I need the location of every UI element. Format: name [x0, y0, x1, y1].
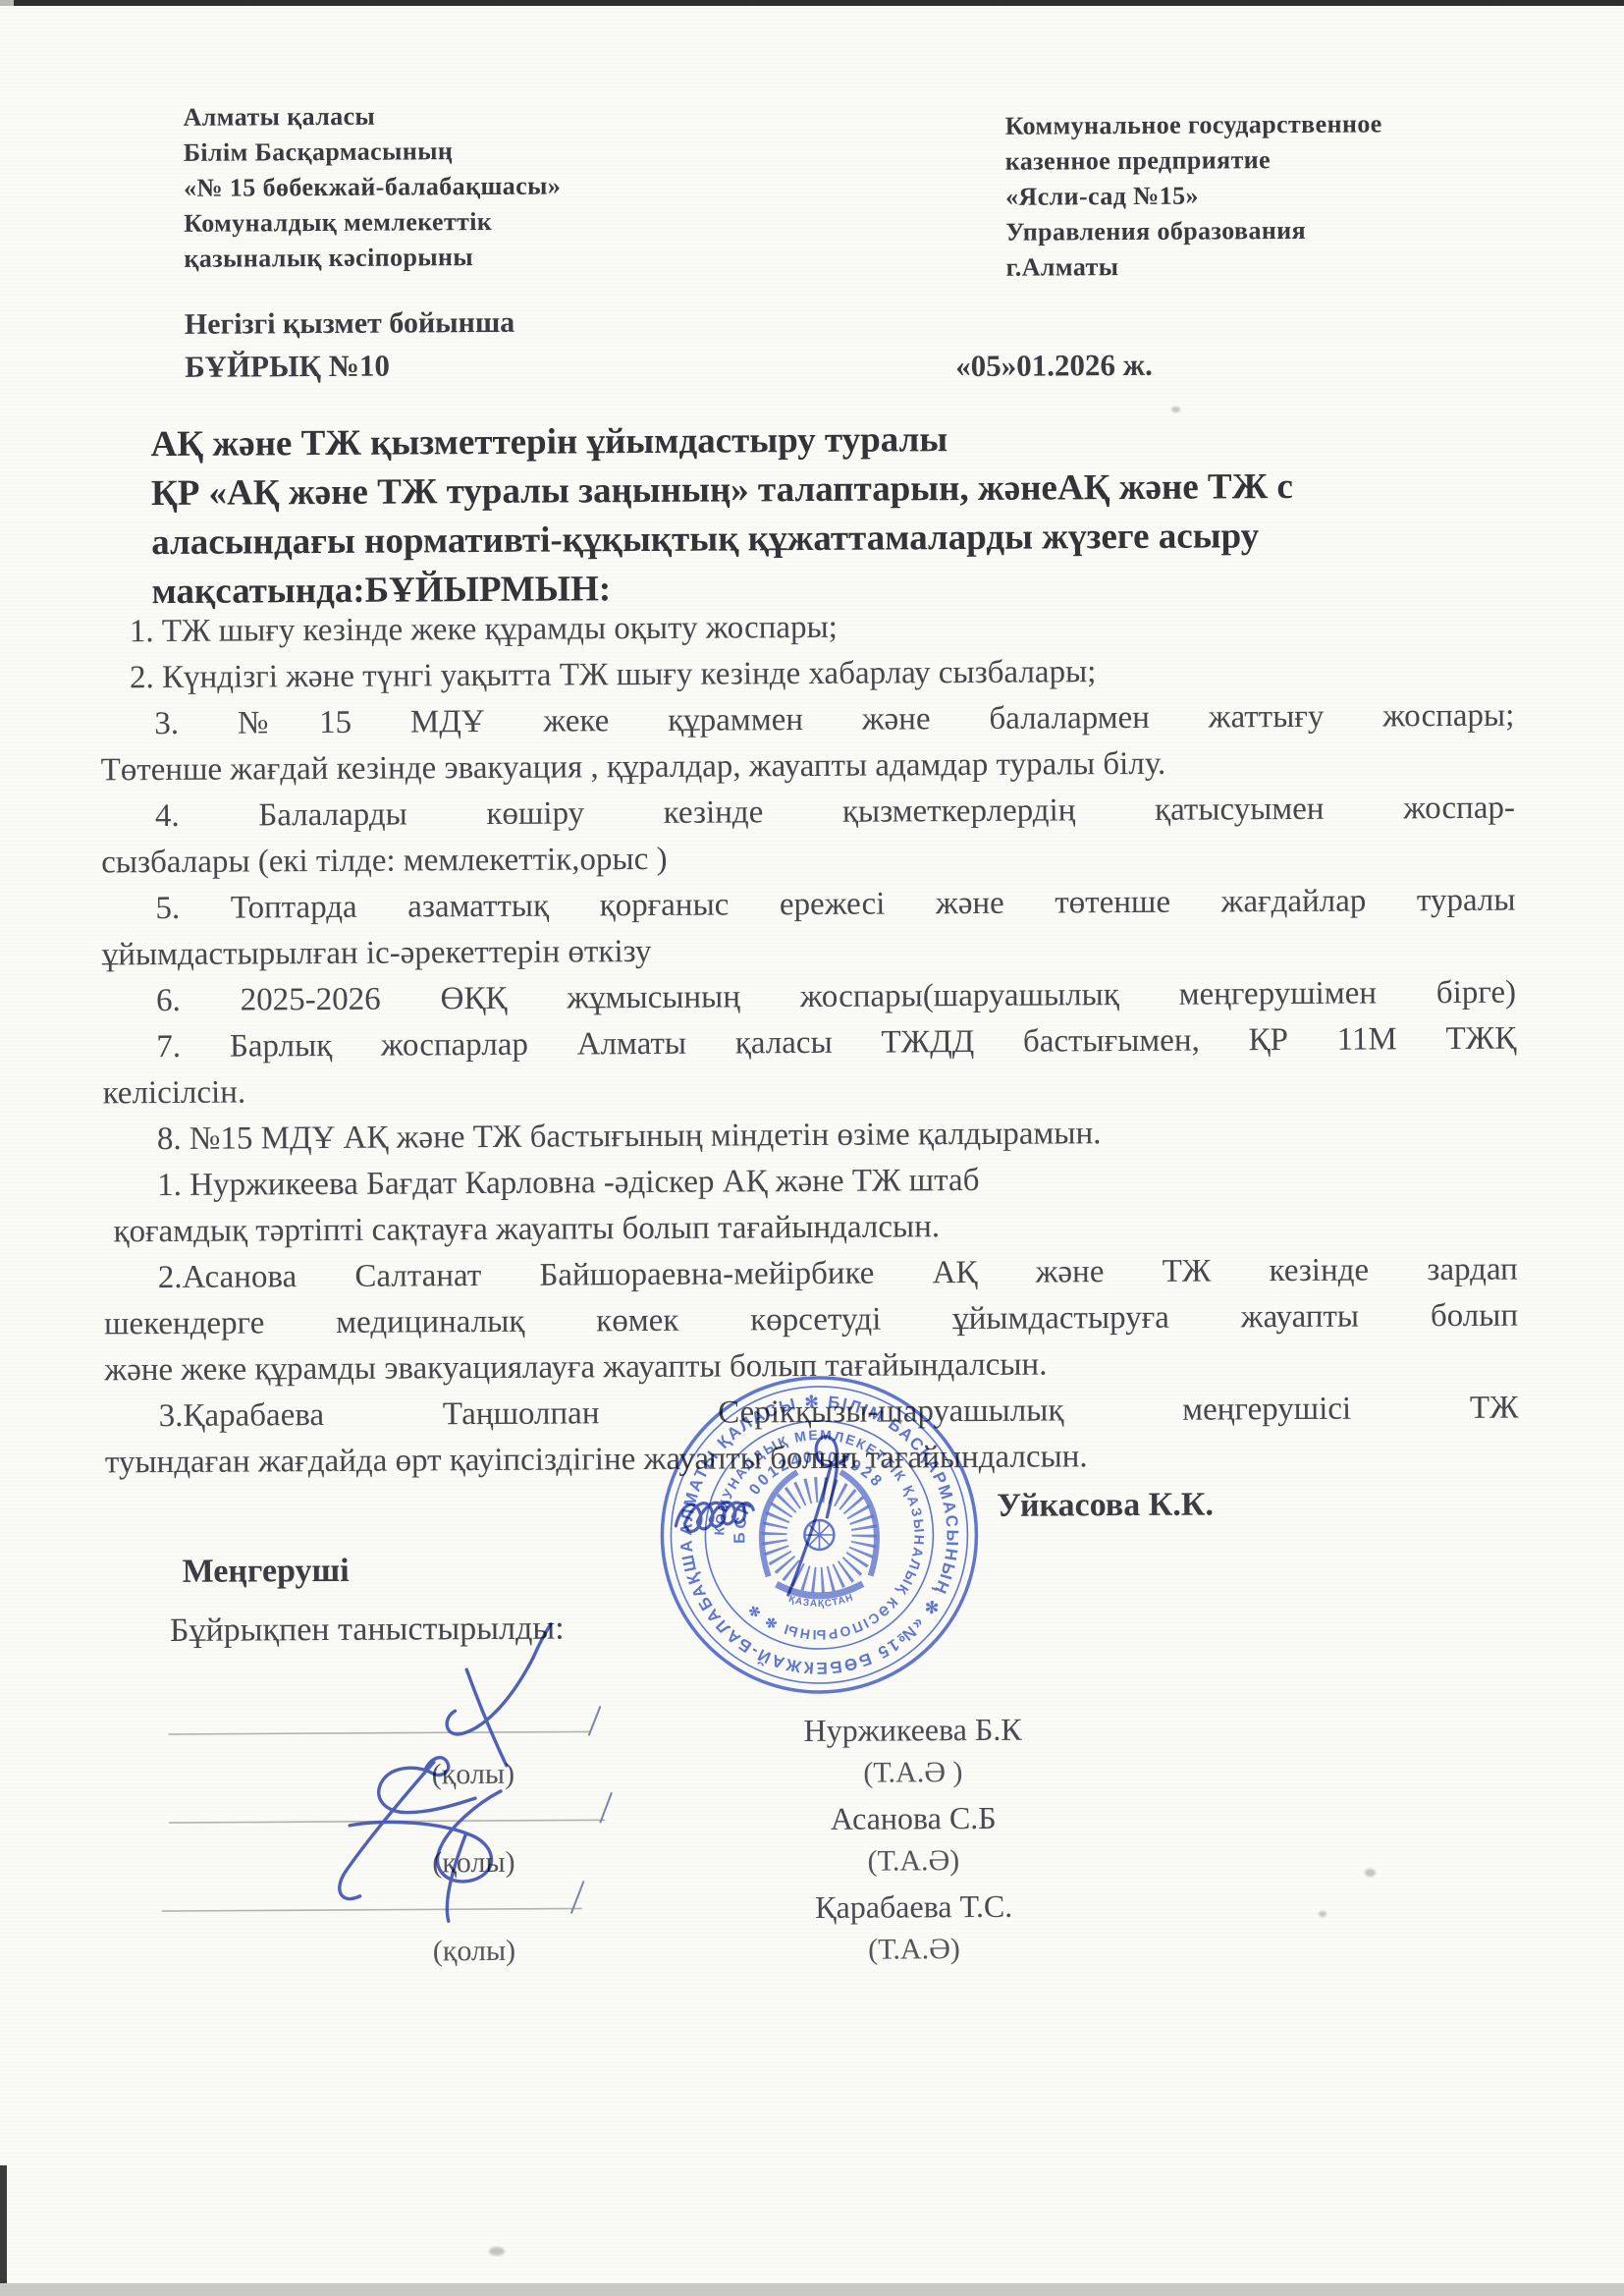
scan-speck [489, 2247, 505, 2256]
signature-scribble-3 [339, 1762, 502, 1922]
scan-content: Алматы қаласыБілім Басқармасының«№ 15 бө… [0, 0, 1624, 2296]
slash-mark [569, 1706, 612, 1913]
ink-overlay [0, 0, 1624, 2296]
manager-signature [676, 1437, 849, 1596]
scan-edge-left [0, 2165, 7, 2296]
scan-speck [1319, 1911, 1326, 1917]
signature-scribble-2 [378, 1758, 475, 1813]
scan-speck [1171, 407, 1180, 412]
scan-speck [1365, 1869, 1376, 1877]
scan-edge-top-left [0, 0, 14, 6]
document-page: Алматы қаласыБілім Басқармасының«№ 15 бө… [0, 0, 1624, 2296]
signature-scribble-1 [447, 1624, 552, 1767]
scan-edge-top [14, 0, 1624, 6]
scan-edge-bottom [0, 2283, 1624, 2296]
